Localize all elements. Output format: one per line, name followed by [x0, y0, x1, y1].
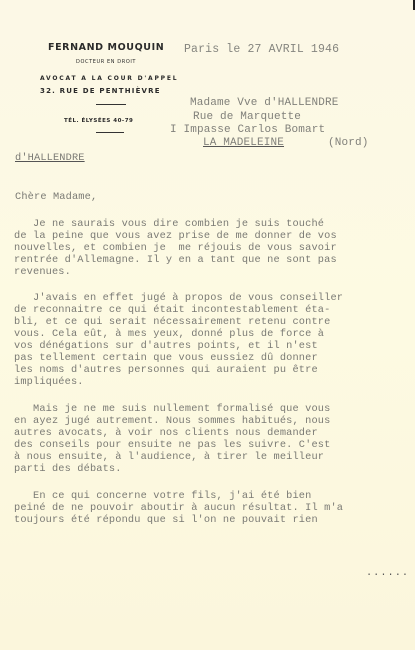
- body-line: En ce qui concerne votre fils, j'ai été …: [14, 490, 311, 502]
- body-line: Je ne saurais vous dire combien je suis …: [14, 218, 324, 230]
- body-line: nouvelles, et combien je me réjouis de v…: [14, 242, 337, 254]
- body-line: impliquées.: [14, 376, 84, 388]
- recipient-street: Rue de Marquette: [193, 111, 301, 123]
- date-line: Paris le 27 AVRIL 1946: [184, 43, 339, 56]
- body-line: bli, et ce qui serait nécessairement ret…: [14, 316, 330, 328]
- lawyer-address: 32. RUE DE PENTHIÈVRE: [40, 87, 161, 95]
- body-line: vous. Cela eût, à mes yeux, donné plus d…: [14, 328, 324, 340]
- body-line: à nous ensuite, à l'audience, à tirer le…: [14, 451, 324, 463]
- recipient-region: (Nord): [328, 137, 369, 149]
- body-line: pas tellement certain que vous eussiez d…: [14, 352, 318, 364]
- lawyer-degree: DOCTEUR EN DROIT: [76, 59, 136, 65]
- body-line: autres avocats, à voir nos clients nous …: [14, 427, 318, 439]
- letter-page: FERNAND MOUQUIN DOCTEUR EN DROIT AVOCAT …: [0, 0, 415, 650]
- body-line: toujours été répondu que si l'on ne pouv…: [14, 514, 318, 526]
- lawyer-name: FERNAND MOUQUIN: [48, 42, 164, 53]
- body-line: de la peine que vous avez prise de me do…: [14, 230, 337, 242]
- body-line: en ayez jugé autrement. Nous sommes habi…: [14, 415, 330, 427]
- divider: [96, 132, 124, 133]
- body-line: J'avais en effet jugé à propos de vous c…: [14, 292, 343, 304]
- recipient-city: LA MADELEINE: [203, 137, 284, 149]
- lawyer-phone: TÉL. ÉLYSÉES 40-79: [64, 118, 133, 124]
- recipient-address: I Impasse Carlos Bomart: [170, 124, 325, 136]
- body-line: peiné de ne pouvoir aboutir à aucun résu…: [14, 502, 343, 514]
- recipient-name: Madame Vve d'HALLENDRE: [190, 97, 339, 109]
- body-line: Mais je ne me suis nullement formalisé q…: [14, 403, 330, 415]
- body-line: des conseils pour ensuite ne pas les sui…: [14, 439, 330, 451]
- divider: [96, 104, 126, 105]
- salutation: Chère Madame,: [15, 191, 97, 203]
- body-line: rentrée d'Allemagne. Il y en a tant que …: [14, 254, 337, 266]
- body-line: les noms d'autres personnes qui auraient…: [14, 364, 318, 376]
- lawyer-position: AVOCAT A LA COUR D'APPEL: [40, 75, 178, 82]
- body-line: parti des débats.: [14, 463, 122, 475]
- reference-line: d'HALLENDRE: [15, 152, 85, 164]
- body-line: revenues.: [14, 266, 71, 278]
- continuation-dots: ......: [366, 567, 409, 579]
- body-line: de reconnaitre ce qui était incontestabl…: [14, 304, 330, 316]
- body-line: vos dénégations sur d'autres points, et …: [14, 340, 318, 352]
